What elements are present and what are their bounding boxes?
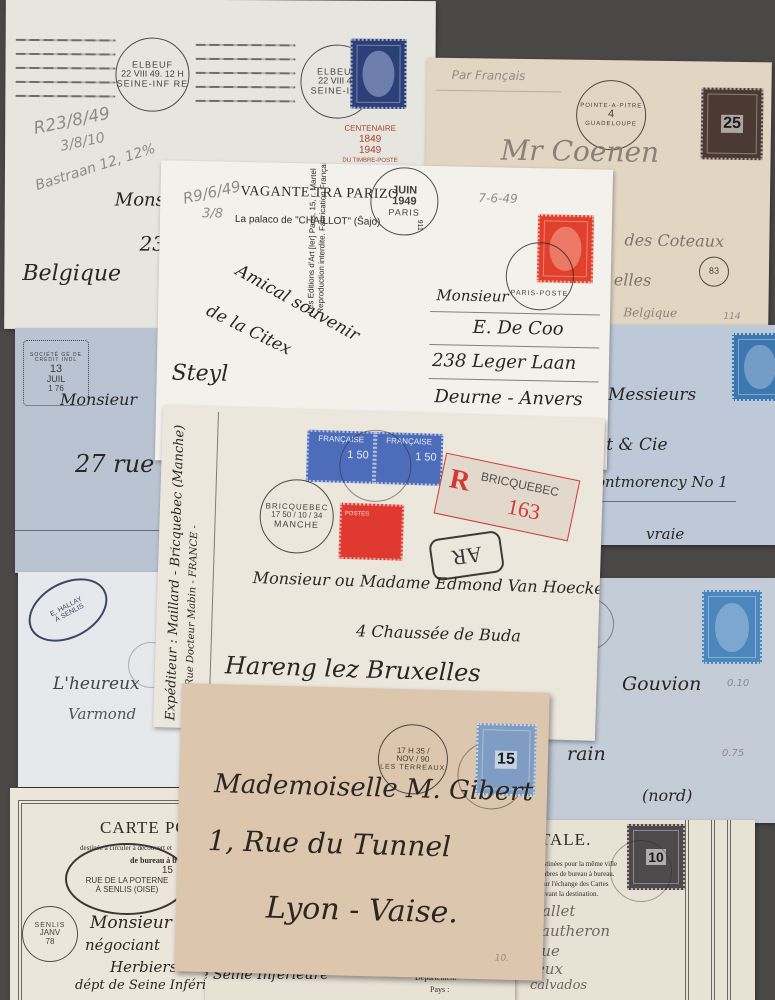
- lyon-vaise-envelope: 17 H 35 / NOV / 90 LES TERREAUX 15 Madem…: [174, 683, 549, 981]
- pencil-note: Par Français: [452, 68, 526, 83]
- bricquebec-postmark-2: [338, 429, 412, 503]
- postmark-ring: SOCIÉTÉ GÉ DE CRÉDIT INDL: [24, 353, 88, 364]
- address-country: Belgique: [22, 261, 121, 287]
- pencil-note: Bastraan 12, 12%: [34, 141, 158, 194]
- postmark-region: GUADELOUPE: [585, 121, 637, 128]
- postcard-code: 911: [416, 220, 423, 231]
- bricquebec-postmark: BRICQUEBEC 17 50 / 10 / 34 MANCHE: [259, 478, 335, 554]
- ceres-stamp-blue: [350, 39, 406, 109]
- address-line: 1, Rue du Tunnel: [207, 824, 451, 863]
- address-line: ontmorency No 1: [596, 473, 728, 491]
- registration-letter: R: [447, 463, 473, 498]
- oval-line: À SENLIS (OISE): [96, 885, 159, 894]
- address-line: E. De Coo: [473, 317, 564, 340]
- card-instruction: destinées pour la même ville: [537, 860, 617, 868]
- card-instruction: timbres de bureau à bureau.: [537, 870, 615, 878]
- decorative-border: [685, 820, 715, 1000]
- postmark-city: PARIS-POSTE: [511, 290, 569, 299]
- card-title: TALE.: [540, 830, 591, 850]
- registration-label: R BRICQUEBEC 163: [434, 453, 581, 542]
- address-line: Varmond: [68, 705, 136, 723]
- address-line: Mr Coenen: [500, 134, 659, 169]
- address-line: (nord): [642, 786, 692, 805]
- hallay-oval-stamp: E. HALLAY À SENLIS: [18, 572, 118, 654]
- mark-number: 83: [709, 267, 719, 277]
- stamp-value: 25: [721, 115, 743, 133]
- oval-number: 15: [162, 865, 173, 876]
- card-footer: Pays :: [430, 985, 449, 994]
- signature: Steyl: [171, 361, 228, 387]
- guadeloupe-small-mark: 83: [699, 256, 729, 286]
- ar-text: AR: [450, 541, 484, 571]
- pencil-note: 10.: [495, 954, 510, 964]
- address-line: Monsieur ou Madame Edmond Van Hoecke: [252, 568, 604, 598]
- sender-line: Rue Docteur Mabin - FRANCE -: [184, 525, 200, 686]
- postmark-date: 17 H 35 / NOV / 90: [393, 747, 433, 765]
- year-1849: 1849: [340, 134, 400, 145]
- napoleon-laureate-stamp: [702, 590, 762, 664]
- address-line: 27 rue: [75, 450, 154, 478]
- faint-postmark: [610, 840, 672, 902]
- address-line: 4 Chaussée de Buda: [356, 621, 521, 645]
- address-line: 238 Leger Laan: [432, 350, 577, 374]
- napoleon-stamp: [732, 333, 775, 401]
- address-line: Lyon - Vaise.: [266, 891, 459, 931]
- stamp-label: POSTES: [345, 511, 370, 518]
- postmark-office: LES TERREAUX: [380, 763, 445, 772]
- alphee-dubois-stamp: 25: [701, 87, 764, 160]
- address-line: Hareng lez Bruxelles: [225, 651, 481, 687]
- address-line: Gouvion: [622, 673, 701, 695]
- pencil-note: 0.10: [727, 678, 749, 689]
- pencil-note: R9/6/49: [181, 177, 242, 208]
- pencil-note: 3/8/10: [59, 130, 106, 155]
- poterne-oval-stamp: 15 RUE DE LA POTERNE À SENLIS (OISE): [65, 843, 189, 915]
- postmark-dept: MANCHE: [274, 519, 319, 530]
- address-line: des Coteaux: [624, 230, 724, 250]
- address-country: Belgique: [623, 305, 677, 320]
- oval-line: RUE DE LA POTERNE: [86, 876, 169, 885]
- address-line: rain: [567, 743, 606, 765]
- carte-postale-right: TALE. destinées pour la même ville timbr…: [515, 820, 755, 1000]
- address-line: Deurne - Anvers: [434, 386, 583, 410]
- stamp-value: 1 50: [415, 451, 437, 464]
- address-line: négociant: [85, 936, 160, 954]
- address-line: L'heureux: [53, 674, 140, 694]
- address-line: Messieurs: [608, 385, 696, 405]
- senlis-postmark: SENLIS JANV 78: [22, 906, 78, 962]
- paris-poste-postmark: PARIS-POSTE: [505, 242, 574, 311]
- address-line: Monsieur: [90, 913, 172, 933]
- publisher-line: Reproduction interdite. Fabrication Fran…: [316, 160, 328, 313]
- postmark-year: 78: [46, 938, 55, 946]
- postmark-date: 4: [608, 109, 614, 121]
- address-line: vraie: [646, 525, 684, 543]
- address-line: Monsieur: [436, 286, 509, 306]
- address-line: elles: [614, 270, 652, 290]
- postmark-region: SEINE-INF RE: [117, 79, 189, 89]
- message-line: de la Citex: [203, 301, 295, 360]
- centenaire-text: CENTENAIRE: [340, 123, 400, 134]
- postmark-city: PARIS: [388, 208, 420, 218]
- registration-number: 163: [505, 494, 543, 526]
- decorative-border: [727, 820, 743, 1000]
- pencil-note: 114: [723, 312, 740, 322]
- pencil-note: 0.75: [722, 748, 744, 759]
- paix-stamp-red: POSTES: [338, 503, 404, 561]
- paris-juin-postmark: JUIN 1949 PARIS: [370, 167, 439, 236]
- card-instruction: pour l'échange des Cartes: [537, 880, 608, 888]
- card-instruction: suivant la destination.: [537, 890, 598, 898]
- address-line: Herbiers: [110, 958, 177, 976]
- year-1949: 1949: [340, 145, 400, 156]
- address-line: dépt de Seine Inférieure: [75, 978, 210, 993]
- pencil-date: 7-6-49: [478, 191, 517, 206]
- pencil-note: 3/8: [202, 206, 223, 221]
- address-line: Monsieur: [60, 390, 137, 409]
- stamp-value: 15: [495, 750, 517, 769]
- elbeuf-postmark: ELBEUF 22 VIII 49. 12 H SEINE-INF RE: [115, 37, 189, 111]
- napoleon-envelope-right: Messieurs ot & Cie ontmorency No 1 vraie: [596, 325, 775, 545]
